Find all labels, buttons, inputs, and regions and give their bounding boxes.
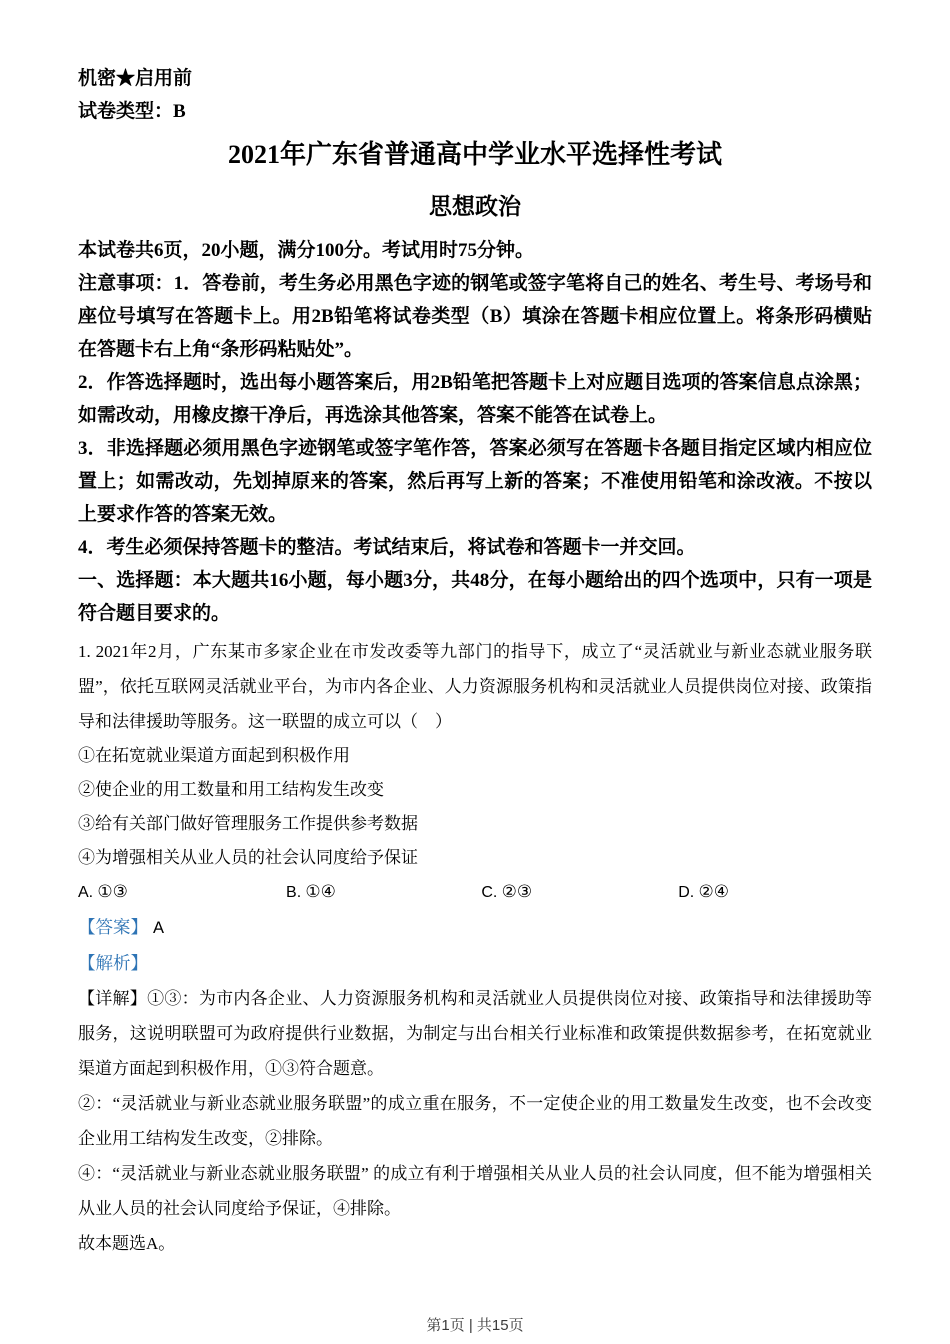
option-d: D. ②④ bbox=[678, 875, 872, 910]
section-header: 一、选择题：本大题共16小题，每小题3分，共48分，在每小题给出的四个选项中，只… bbox=[78, 564, 872, 630]
document-content: 机密★启用前 试卷类型：B 2021年广东省普通高中学业水平选择性考试 思想政治… bbox=[78, 62, 872, 1261]
detail-paragraph-1: 【详解】①③：为市内各企业、人力资源服务机构和灵活就业人员提供岗位对接、政策指导… bbox=[78, 981, 872, 1086]
answer-line: 【答案】A bbox=[78, 910, 872, 946]
notice-paragraph-2: 2．作答选择题时，选出每小题答案后，用2B铅笔把答题卡上对应题目选项的答案信息点… bbox=[78, 366, 872, 432]
question-statement-1: ①在拓宽就业渠道方面起到积极作用 bbox=[78, 739, 872, 773]
notice-paragraph-3: 3．非选择题必须用黑色字迹钢笔或签字笔作答，答案必须写在答题卡各题目指定区域内相… bbox=[78, 432, 872, 531]
page-title: 2021年广东省普通高中学业水平选择性考试 bbox=[78, 138, 872, 172]
option-a: A. ①③ bbox=[78, 875, 286, 910]
option-a-value: ①③ bbox=[97, 882, 127, 901]
exam-document-page: 机密★启用前 试卷类型：B 2021年广东省普通高中学业水平选择性考试 思想政治… bbox=[0, 0, 950, 1344]
question-statement-2: ②使企业的用工数量和用工结构发生改变 bbox=[78, 773, 872, 807]
analysis-line: 【解析】 bbox=[78, 946, 872, 981]
question-statement-3: ③给有关部门做好管理服务工作提供参考数据 bbox=[78, 807, 872, 841]
option-a-label: A. bbox=[78, 884, 93, 901]
question-statement-4: ④为增强相关从业人员的社会认同度给予保证 bbox=[78, 841, 872, 875]
page-number-indicator: 第1页 | 共15页 bbox=[0, 1316, 950, 1336]
answer-value: A bbox=[153, 919, 164, 937]
analysis-label: 【解析】 bbox=[78, 953, 148, 973]
option-b: B. ①④ bbox=[286, 875, 481, 910]
notice-paragraph-4: 4．考生必须保持答题卡的整洁。考试结束后，将试卷和答题卡一并交回。 bbox=[78, 531, 872, 564]
classification-label: 机密★启用前 bbox=[78, 62, 872, 95]
subject-title: 思想政治 bbox=[78, 192, 872, 222]
notice-paragraph-1: 注意事项：1．答卷前，考生务必用黑色字迹的钢笔或签字笔将自己的姓名、考生号、考场… bbox=[78, 267, 872, 366]
option-c: C. ②③ bbox=[481, 875, 678, 910]
option-d-value: ②④ bbox=[698, 882, 728, 901]
exam-info-line: 本试卷共6页，20小题，满分100分。考试用时75分钟。 bbox=[78, 234, 872, 267]
option-d-label: D. bbox=[678, 884, 694, 901]
paper-type-label: 试卷类型：B bbox=[78, 95, 872, 128]
option-b-label: B. bbox=[286, 884, 301, 901]
detail-paragraph-3: ④：“灵活就业与新业态就业服务联盟” 的成立有利于增强相关从业人员的社会认同度，… bbox=[78, 1156, 872, 1226]
options-row: A. ①③ B. ①④ C. ②③ D. ②④ bbox=[78, 875, 872, 910]
option-c-value: ②③ bbox=[502, 882, 532, 901]
option-c-label: C. bbox=[481, 884, 497, 901]
detail-paragraph-2: ②：“灵活就业与新业态就业服务联盟”的成立重在服务，不一定使企业的用工数量发生改… bbox=[78, 1086, 872, 1156]
option-b-value: ①④ bbox=[305, 882, 335, 901]
conclusion-line: 故本题选A。 bbox=[78, 1226, 872, 1261]
question-stem: 1. 2021年2月，广东某市多家企业在市发改委等九部门的指导下，成立了“灵活就… bbox=[78, 634, 872, 739]
answer-label: 【答案】 bbox=[78, 917, 148, 937]
